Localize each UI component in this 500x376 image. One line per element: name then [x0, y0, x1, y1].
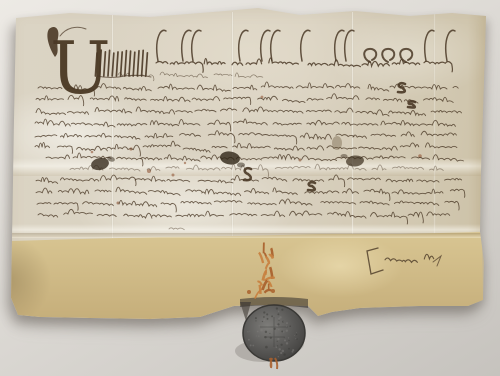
photo-background: U — [0, 0, 500, 376]
illuminated-initial: U — [50, 26, 111, 110]
manuscript-ink-and-seal: U — [0, 0, 500, 376]
